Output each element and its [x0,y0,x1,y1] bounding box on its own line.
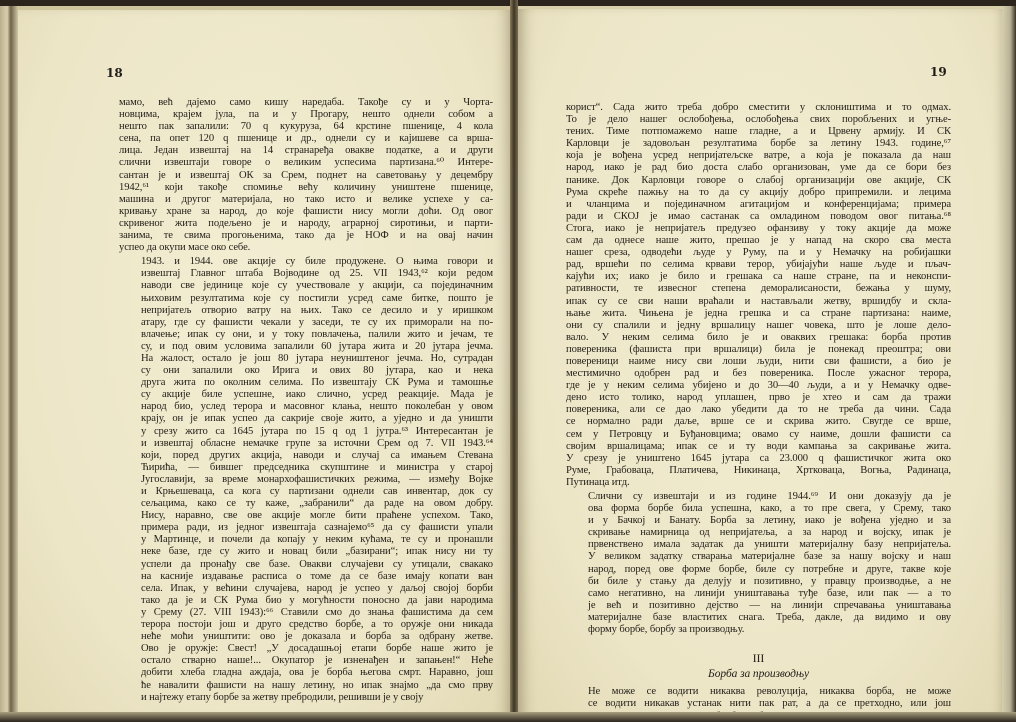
text-line: успели да пронађу све базе. Овакви случа… [119,559,493,571]
text-line: материјалне базе властитих снага. Треба,… [566,612,951,624]
text-line: народ, иако је рад био доста слабо орган… [566,162,951,174]
text-line: би биле у стању да делују и позитивно, у… [566,576,951,588]
text-line: је већ и позитивно дејство — на линији с… [566,600,951,612]
text-line: и извештај обласне немачке групе за исто… [119,438,493,450]
text-line: атару, где су фашисти чекали у заседи, т… [119,317,493,329]
text-line: лица. Један извештај на 14 странаређа ов… [119,145,493,157]
text-line: У срезу је уништено 1645 јутара са 23.00… [566,453,951,465]
text-line: Нису, наравно, све ове акције могле бити… [119,510,493,522]
text-line: тако да је и СК Рума био у могућности по… [119,595,493,607]
text-line: дено исто толико, народ уплашен, прво је… [566,392,951,404]
text-line: нешто пак запалили: 70 q кукуруза, 64 кр… [119,121,493,133]
text-line: машина и другог материјала, но тако исто… [119,194,493,206]
text-line: ова форма борбе била успешна, како, а то… [566,503,951,515]
section-numeral: III [566,652,951,664]
text-line: скривање намирница од непријатеља, а за … [566,527,951,539]
text-line: форму борбе, борбу за производњу. [566,624,951,636]
text-line: скривеног жита подељено је и народу, агр… [119,218,493,230]
text-line: њиховим резултатима које су постигли уср… [119,293,493,305]
section-title: Борба за производњу [566,668,951,680]
text-line: повереници наиме нису сви лоши људи, нит… [566,356,951,368]
text-line: Слични су извештаји и из године 1944.⁶⁹ … [566,491,951,503]
text-line: у Срему (27. VIII 1943):⁶⁶ Ставили смо д… [119,607,493,619]
text-line: рад, вршећи по селима крвави терор, убиј… [566,259,951,271]
text-line: извештај Главног штаба Војводине од 25. … [119,268,493,280]
text-line: ради и СКОЈ је имао састанак са омладино… [566,211,951,223]
text-line: сељацима, како се ту каже, „забранили“ д… [119,498,493,510]
text-line: својим вршалицама; ипак се и ту води кам… [566,441,951,453]
text-line: сена, па опет 120 q пшенице и др., однел… [119,133,493,145]
text-line: народ, поред ове форме борбе, биле су по… [566,564,951,576]
text-line: су, и под овим условима запалили 60 јута… [119,341,493,353]
text-line: њање жита. Чињена је једна грешка и са с… [566,308,951,320]
text-line: села. Ипак, у већини случајева, народ је… [119,583,493,595]
text-line: ративности, те извесног степена деморали… [566,283,951,295]
paragraph: 1943. и 1944. ове акције су биле продуже… [119,256,493,703]
text-line: местимично одобрен рад и без повереника.… [566,368,951,380]
text-line: вало. У неким селима било је и оваквих г… [566,332,951,344]
book-bottom-edge [0,712,1016,722]
text-line: На жалост, остало је још 80 јутара неуни… [119,353,493,365]
text-line: и најтежу етапу борбе за жетву пребродил… [119,692,493,704]
text-line: се нормално ради даље, врше се и скрива … [566,416,951,428]
text-line: добити хлеба гладна аждаја, ова је борба… [119,667,493,679]
text-line: кајући их; иако је било и грешака са наш… [566,271,951,283]
text-line: где је у неким селима убијено и до 30—40… [566,380,951,392]
paragraph: мамо, већ дајемо само кишу наредаба. Так… [119,97,493,254]
left-page: 18 мамо, већ дајемо само кишу наредаба. … [8,6,510,718]
text-line: успео да окупи масе око себе. [119,242,493,254]
text-line: ипак су се сви наши враћали и настављали… [566,296,951,308]
text-line: остало стварно наше!... Окупатор је изне… [119,655,493,667]
text-line: друга жита по околним селима. По извешта… [119,377,493,389]
text-line: и у Бачкој и Банату. Борба за летину, иа… [566,515,951,527]
paragraph: корист“. Сада жито треба добро сместити … [566,102,951,489]
text-line: првенствено имала задатак да уништи мате… [566,539,951,551]
text-line: терора постоји још и друго средство борб… [119,619,493,631]
text-line: и Крњешеваца, са кога су партизани однел… [119,486,493,498]
text-line: неке базе, где су жито и новац били „баз… [119,546,493,558]
text-line: слични извештаји говоре о великим успеси… [119,157,493,169]
text-line: и чланцима и појединачном агитацијом и к… [566,199,951,211]
text-line: занима, те свима прогоњенима, тако да је… [119,230,493,242]
text-line: ће навалити фашисти на нашу летину, но и… [119,680,493,692]
text-line: сантан је и извештај ОК за Срем, поднет … [119,170,493,182]
book-gutter [510,0,518,722]
text-line: су они запалили око Ирига и ових 80 јута… [119,365,493,377]
text-line: која је вођена усред непријатељске ватре… [566,150,951,162]
text-line: У великом задатку стварања материјалне б… [566,551,951,563]
paragraph: Слични су извештаји и из године 1944.⁶⁹ … [566,491,951,636]
text-line: Југославији, за време монархофашистичких… [119,474,493,486]
text-line: панике. Док Карловци говоре о слабој орг… [566,175,951,187]
text-line: крају, он је ипак успео да сакрије своје… [119,413,493,425]
text-line: само негативно, на линији уништавања туђ… [566,588,951,600]
text-line: они су спалили и једну вршалицу нашег чо… [566,320,951,332]
text-line: кривању хране за народ, до које фашисти … [119,206,493,218]
left-page-body: мамо, већ дајемо само кишу наредаба. Так… [119,97,493,704]
text-line: новцима, крајем јула, па и у Прогару, не… [119,109,493,121]
text-line: који, поред других акција, наводи и случ… [119,450,493,462]
text-line: на касније издавање расписа о томе да се… [119,571,493,583]
text-line: сам да однесе наше жито, прешао је у нап… [566,235,951,247]
text-line: наводи све јединице које су учествовале … [119,280,493,292]
text-line: Рума скреће пажњу на то да су акцију доб… [566,187,951,199]
text-line: се водити никакав устанак нити пак рат, … [566,698,951,710]
text-line: 1943. и 1944. ове акције су биле продуже… [119,256,493,268]
text-line: Ово је оружје: Свест! „У досадашњој етап… [119,643,493,655]
right-page-body: корист“. Сада жито треба добро сместити … [566,102,951,722]
text-line: мамо, већ дајемо само кишу наредаба. Так… [119,97,493,109]
text-line: 1942,⁶¹ који такође спомиње већу количин… [119,182,493,194]
text-line: народ био, услед терора и масовног клања… [119,401,493,413]
text-line: сем у Петровцу и Буђановцима; овамо су н… [566,429,951,441]
text-line: Не може се водити никаква револуција, ни… [566,686,951,698]
page-number-right: 19 [930,65,947,79]
text-line: повереника (фашиста при вршалици) била ј… [566,344,951,356]
text-line: Стога, иако је непријатељ предузео офанз… [566,223,951,235]
text-line: у срезу жито са 1645 јутара по 15 q од 1… [119,426,493,438]
text-line: непријатељ отворио ватру на њих. Тако се… [119,305,493,317]
book-spread: 18 мамо, већ дајемо само кишу наредаба. … [0,0,1016,722]
right-page: 19 корист“. Сада жито треба добро смести… [518,6,1004,717]
text-line: неће моћи уништити: ово је доказала и бо… [119,631,493,643]
text-line: Путинаца итд. [566,477,951,489]
text-line: примера ради, из једног извештаја сазнај… [119,522,493,534]
text-line: су акције биле успешне, иако слично, уср… [119,389,493,401]
text-line: тених. Тиме потпомажемо наше гладне, а и… [566,126,951,138]
text-line: Руме, Грабоваца, Платичева, Никинаца, Хр… [566,465,951,477]
text-line: у Мартинце, и почели да копају у неким к… [119,534,493,546]
text-line: нашег среза, одводећи људе у Руму, па и … [566,247,951,259]
text-line: Карловци је задовољан резултатима борбе … [566,138,951,150]
text-line: корист“. Сада жито треба добро сместити … [566,102,951,114]
text-line: повереника, али се дао лако убедити да т… [566,404,951,416]
text-line: Ћирића, — бившег председника скупштине и… [119,462,493,474]
text-line: То је дело нашег ослобођења, ослобођења … [566,114,951,126]
text-line: влачење; ипак су они, и у току повлачења… [119,329,493,341]
page-number-left: 18 [106,66,123,80]
